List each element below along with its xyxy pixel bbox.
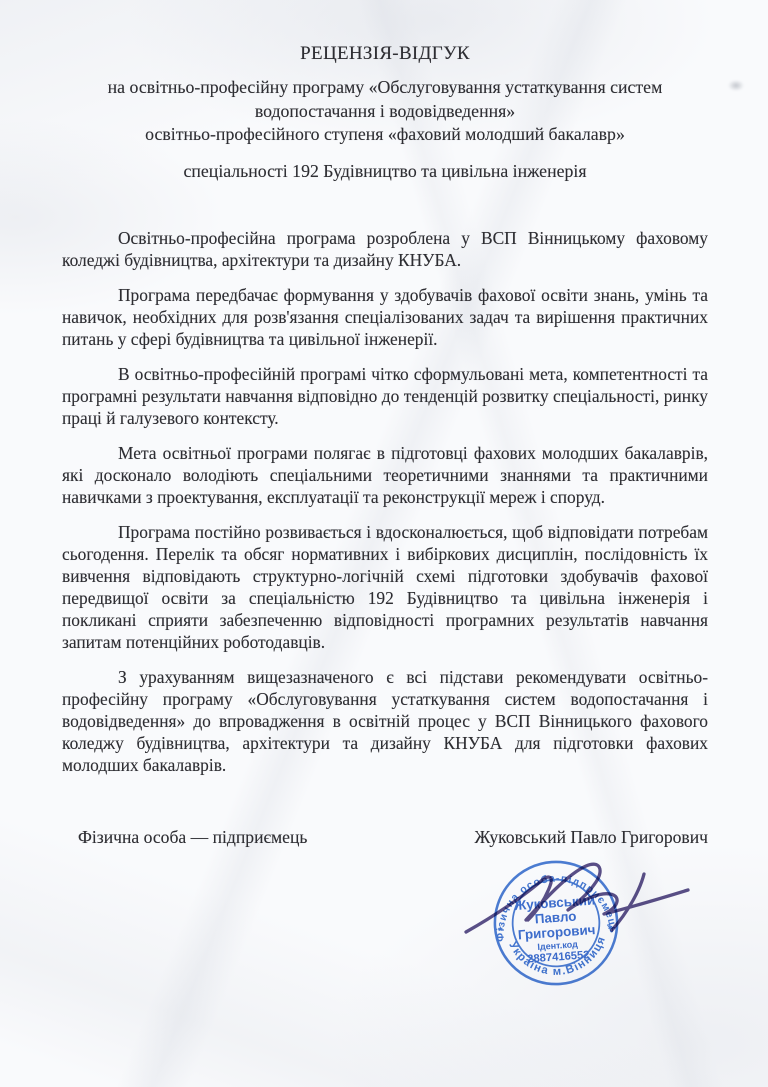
paragraph: В освітньо-професійній програмі чітко сф… xyxy=(62,363,708,429)
signature-strokes xyxy=(448,856,700,952)
document-content: РЕЦЕНЗІЯ-ВІДГУК на освітньо-професійну п… xyxy=(62,42,708,848)
signature-row: Фізична особа — підприємець Жуковський П… xyxy=(62,826,708,848)
subtitle-line: освітньо-професійного ступеня «фаховий м… xyxy=(62,123,708,147)
scanned-page: РЕЦЕНЗІЯ-ВІДГУК на освітньо-професійну п… xyxy=(0,0,768,1087)
paragraph: Програма постійно розвивається і вдоскон… xyxy=(62,521,708,653)
subtitle-line: водопостачання і водовідведення» xyxy=(62,100,708,124)
signer-role-label: Фізична особа — підприємець xyxy=(78,826,307,848)
paragraph: Мета освітньої програми полягає в підгот… xyxy=(62,442,708,508)
specialty-line: спеціальності 192 Будівництво та цивільн… xyxy=(62,160,708,183)
scan-smudge xyxy=(728,80,744,91)
handwritten-signature xyxy=(448,856,700,952)
paragraph: Освітньо-професійна програма розроблена … xyxy=(62,227,708,271)
body-text: Освітньо-професійна програма розроблена … xyxy=(62,227,708,776)
signer-name: Жуковський Павло Григорович xyxy=(474,826,708,848)
paragraph: З урахуванням вищезазначеного є всі підс… xyxy=(62,666,708,776)
paragraph: Програма передбачає формування у здобува… xyxy=(62,284,708,350)
subtitle-line: на освітньо-професійну програму «Обслуго… xyxy=(62,76,708,100)
document-title: РЕЦЕНЗІЯ-ВІДГУК xyxy=(62,42,708,66)
